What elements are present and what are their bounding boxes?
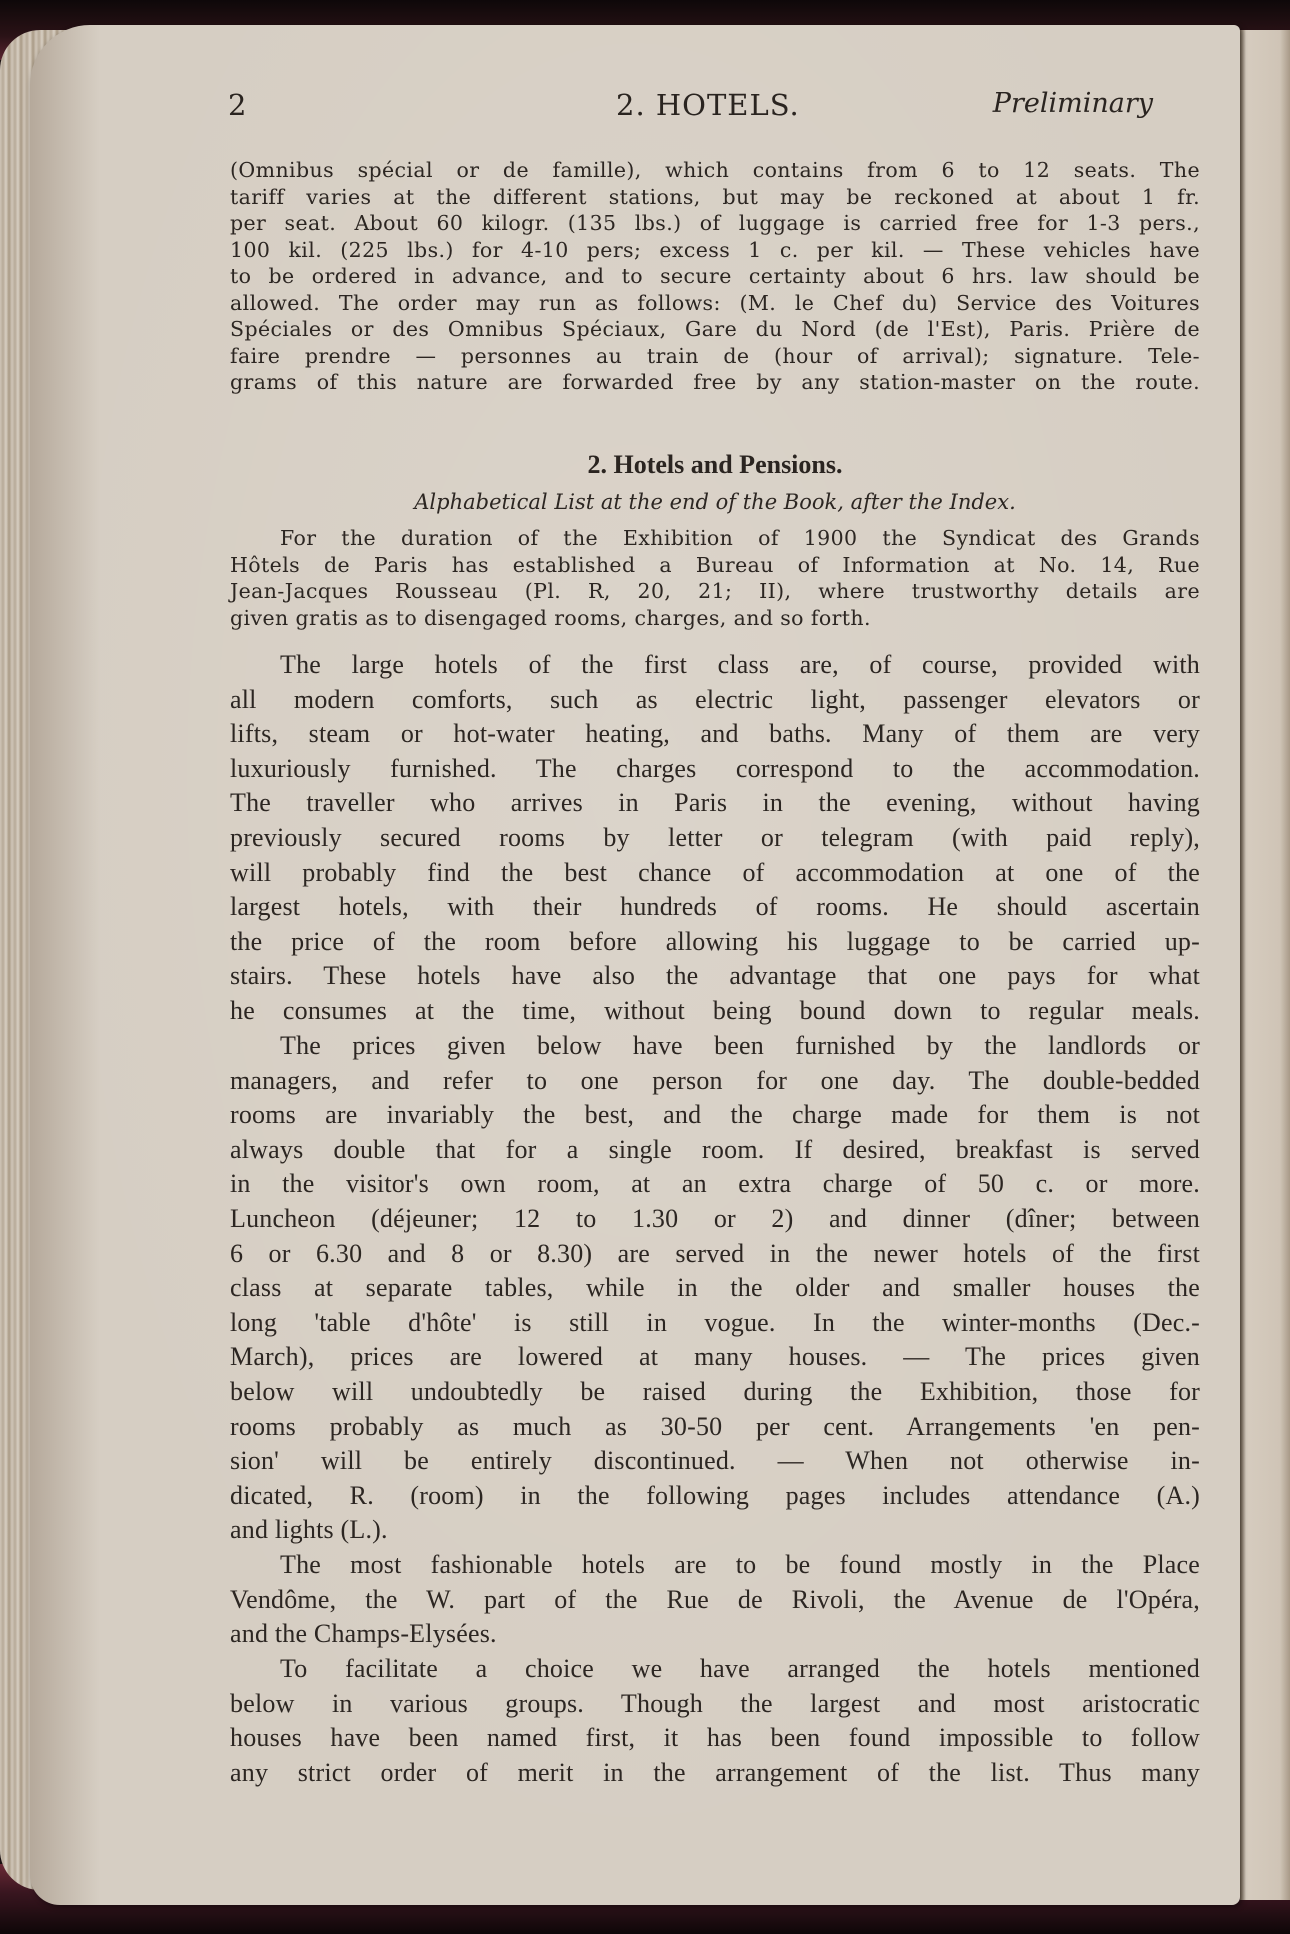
- text-line: always double that for a single room. If…: [230, 1133, 1200, 1168]
- text-line: any strict order of merit in the arrange…: [230, 1756, 1200, 1791]
- text-line: 100 kil. (225 lbs.) for 4-10 pers; exces…: [230, 237, 1200, 264]
- page-number: 2: [228, 88, 246, 122]
- text-line: Luncheon (déjeuner; 12 to 1.30 or 2) and…: [230, 1202, 1200, 1237]
- text-line: Hôtels de Paris has established a Bureau…: [230, 552, 1200, 579]
- text-line: and lights (L.).: [230, 1513, 1200, 1548]
- text-line: below will undoubtedly be raised during …: [230, 1375, 1200, 1410]
- text-line: For the duration of the Exhibition of 19…: [230, 525, 1200, 552]
- exhibition-notice: For the duration of the Exhibition of 19…: [230, 525, 1200, 631]
- text-line: all modern comforts, such as electric li…: [230, 683, 1200, 718]
- text-line: sion' will be entirely discontinued. — W…: [230, 1444, 1200, 1479]
- body-paragraph-4: To facilitate a choice we have arranged …: [230, 1652, 1200, 1790]
- text-line: tariff varies at the different stations,…: [230, 184, 1200, 211]
- text-line: grams of this nature are forwarded free …: [230, 369, 1200, 396]
- text-line: March), prices are lowered at many house…: [230, 1340, 1200, 1375]
- text-line: The most fashionable hotels are to be fo…: [230, 1548, 1200, 1583]
- body-paragraph-1: The large hotels of the first class are,…: [230, 648, 1200, 1029]
- text-line: given gratis as to disengaged rooms, cha…: [230, 605, 1200, 632]
- section-heading: 2. Hotels and Pensions.: [230, 450, 1200, 480]
- text-line: largest hotels, with their hundreds of r…: [230, 890, 1200, 925]
- text-line: dicated, R. (room) in the following page…: [230, 1479, 1200, 1514]
- text-line: stairs. These hotels have also the advan…: [230, 959, 1200, 994]
- text-line: below in various groups. Though the larg…: [230, 1687, 1200, 1722]
- text-line: Vendôme, the W. part of the Rue de Rivol…: [230, 1583, 1200, 1618]
- intro-paragraph: (Omnibus spécial or de famille), which c…: [230, 157, 1200, 396]
- text-line: lifts, steam or hot-water heating, and b…: [230, 717, 1200, 752]
- text-line: (Omnibus spécial or de famille), which c…: [230, 157, 1200, 184]
- running-head: 2 2. HOTELS. Preliminary: [228, 88, 1153, 128]
- text-line: rooms probably as much as 30-50 per cent…: [230, 1410, 1200, 1445]
- text-line: faire prendre — personnes au train de (h…: [230, 343, 1200, 370]
- text-line: rooms are invariably the best, and the c…: [230, 1098, 1200, 1133]
- text-line: he consumes at the time, without being b…: [230, 994, 1200, 1029]
- text-line: luxuriously furnished. The charges corre…: [230, 752, 1200, 787]
- text-line: will probably find the best chance of ac…: [230, 856, 1200, 891]
- text-line: The prices given below have been furnish…: [230, 1029, 1200, 1064]
- text-line: managers, and refer to one person for on…: [230, 1064, 1200, 1099]
- chapter-title: 2. HOTELS.: [616, 88, 800, 122]
- text-line: class at separate tables, while in the o…: [230, 1271, 1200, 1306]
- text-line: in the visitor's own room, at an extra c…: [230, 1167, 1200, 1202]
- text-line: houses have been named first, it has bee…: [230, 1721, 1200, 1756]
- text-line: 6 or 6.30 and 8 or 8.30) are served in t…: [230, 1237, 1200, 1272]
- text-line: Spéciales or des Omnibus Spéciaux, Gare …: [230, 316, 1200, 343]
- page-edges-right: [1240, 30, 1290, 1900]
- section-title: Preliminary: [993, 88, 1153, 119]
- text-line: The traveller who arrives in Paris in th…: [230, 786, 1200, 821]
- text-line: the price of the room before allowing hi…: [230, 925, 1200, 960]
- body-paragraph-2: The prices given below have been furnish…: [230, 1029, 1200, 1548]
- text-line: To facilitate a choice we have arranged …: [230, 1652, 1200, 1687]
- text-line: per seat. About 60 kilogr. (135 lbs.) of…: [230, 210, 1200, 237]
- text-line: allowed. The order may run as follows: (…: [230, 290, 1200, 317]
- text-line: long 'table d'hôte' is still in vogue. I…: [230, 1306, 1200, 1341]
- text-line: previously secured rooms by letter or te…: [230, 821, 1200, 856]
- section-subheading: Alphabetical List at the end of the Book…: [230, 490, 1200, 514]
- body-paragraph-3: The most fashionable hotels are to be fo…: [230, 1548, 1200, 1652]
- text-line: The large hotels of the first class are,…: [230, 648, 1200, 683]
- text-line: to be ordered in advance, and to secure …: [230, 263, 1200, 290]
- text-line: Jean-Jacques Rousseau (Pl. R, 20, 21; II…: [230, 578, 1200, 605]
- text-line: and the Champs-Elysées.: [230, 1617, 1200, 1652]
